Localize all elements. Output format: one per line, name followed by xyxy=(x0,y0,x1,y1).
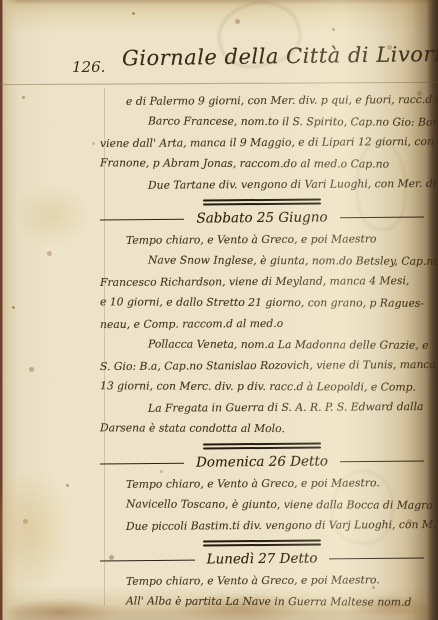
section-header: Sabbato 25 Giugno xyxy=(184,209,339,226)
journal-line: Franone, p Abram Jonas, raccom.do al med… xyxy=(100,152,424,174)
header-rule-right xyxy=(340,460,424,462)
section-divider-double-rule xyxy=(203,198,321,205)
journal-line: La Fregata in Guerra di S. A. R. P. S. E… xyxy=(100,396,424,419)
journal-line: neau, e Comp. raccom.d al med.o xyxy=(100,312,424,335)
header-rule-left xyxy=(100,462,184,464)
journal-line: Nave Snow Inglese, è giunta, nom.do Bets… xyxy=(100,249,424,271)
journal-line: Tempo chiaro, e Vento à Greco, e poi Mae… xyxy=(100,228,424,251)
journal-section: e di Palermo 9 giorni, con Mer. div. p q… xyxy=(100,90,424,195)
journal-line: e 10 giorni, e dallo Stretto 21 giorno, … xyxy=(100,291,424,313)
journal-line: Tempo chiaro, e Vento à Greco, e poi Mae… xyxy=(100,569,424,592)
manuscript-photo: 126. Giornale della Città di Livorno e d… xyxy=(0,0,438,620)
section-header-row: Domenica 26 Detto xyxy=(100,449,424,474)
journal-line: Darsena è stata condotta al Molo. xyxy=(100,417,424,439)
page-number: 126. xyxy=(72,58,105,76)
header-rule-right xyxy=(329,557,424,559)
page-title: Giornale della Città di Livorno xyxy=(122,42,438,71)
journal-line: viene dall' Arta, manca il 9 Maggio, e d… xyxy=(100,131,424,154)
journal-section: Lunedì 27 DettoTempo chiaro, e Vento à G… xyxy=(100,540,424,612)
section-divider-double-rule xyxy=(203,442,321,449)
journal-line: All' Alba è partita La Nave in Guerra Ma… xyxy=(100,590,424,612)
title-rule xyxy=(0,82,438,85)
journal-line: Barco Francese, nom.to il S. Spirito, Ca… xyxy=(100,110,424,132)
journal-line: Pollacca Veneta, nom.a La Madonna delle … xyxy=(100,333,424,355)
manuscript-page: 126. Giornale della Città di Livorno e d… xyxy=(0,0,438,620)
journal-line: S. Gio: B.a, Cap.no Stanislao Rozovich, … xyxy=(100,354,424,377)
journal-line: Navicello Toscano, è giunto, viene dalla… xyxy=(100,493,424,515)
header-rule-right xyxy=(340,216,424,218)
section-divider-double-rule xyxy=(203,539,321,546)
journal-body: e di Palermo 9 giorni, con Mer. div. p q… xyxy=(100,90,424,612)
header-rule-left xyxy=(100,218,184,220)
journal-line: Due piccoli Bastim.ti div. vengono di Va… xyxy=(100,514,424,537)
section-header-row: Lunedì 27 Detto xyxy=(100,546,424,571)
journal-line: 13 giorni, con Merc. div. p div. racc.d … xyxy=(100,375,424,397)
section-header: Domenica 26 Detto xyxy=(184,453,340,470)
journal-section: Domenica 26 DettoTempo chiaro, e Vento à… xyxy=(100,443,424,536)
header-rule-left xyxy=(100,559,195,561)
section-header: Lunedì 27 Detto xyxy=(195,550,330,567)
journal-line: Tempo chiaro, e Vento à Greco, e poi Mae… xyxy=(100,472,424,495)
section-header-row: Sabbato 25 Giugno xyxy=(100,205,424,230)
foxing-spots xyxy=(0,0,3,3)
journal-line: Francesco Richardson, viene di Meyland, … xyxy=(100,270,424,293)
journal-line: Due Tartane div. vengono di Vari Luoghi,… xyxy=(100,173,424,196)
journal-section: Sabbato 25 GiugnoTempo chiaro, e Vento à… xyxy=(100,199,424,439)
journal-line: e di Palermo 9 giorni, con Mer. div. p q… xyxy=(100,89,424,112)
